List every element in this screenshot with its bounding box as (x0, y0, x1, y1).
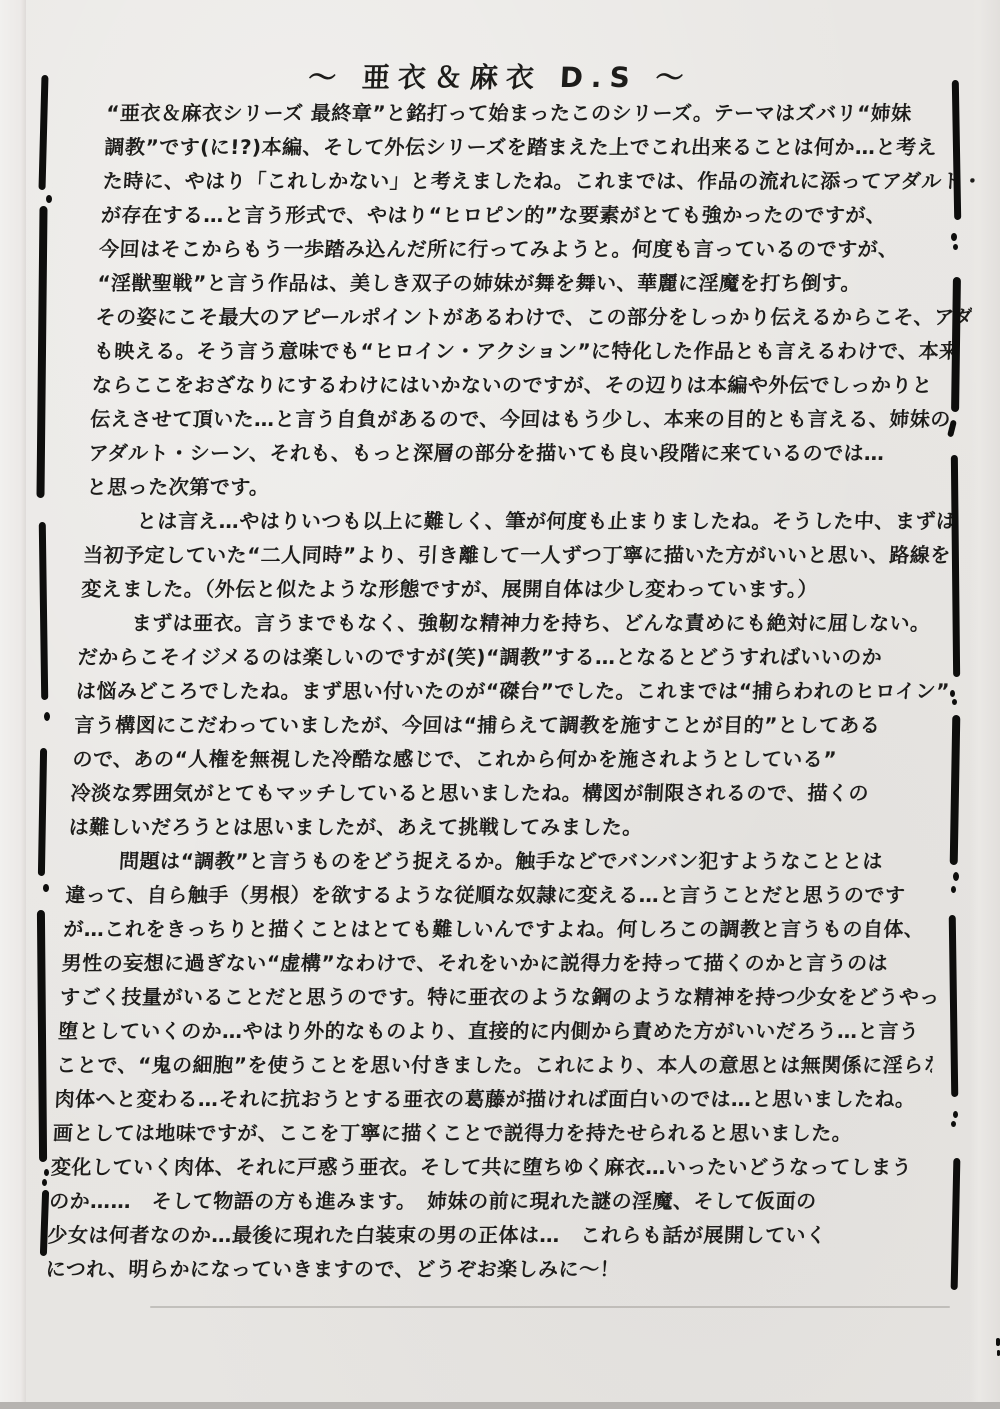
handwritten-line: と思った次第です。 (86, 470, 964, 504)
faint-horizontal-rule (150, 1306, 950, 1308)
binding-mark (46, 195, 52, 203)
handwritten-line: 違って、自ら触手（男根）を欲するような従順な奴隷に変える…と言うことだと思うので… (64, 878, 942, 912)
binding-mark (44, 1169, 49, 1176)
page-title: ～ 亜衣＆麻衣 D.S ～ (0, 56, 1000, 96)
handwritten-line: 肉体へと変わる…それに抗おうとする亜衣の葛藤が描ければ面白いのでは…と思いました… (54, 1082, 932, 1116)
handwritten-line: まずは亜衣。言うまでもなく、強靭な精神力を持ち、どんな責めにも絶対に屈しない。 (79, 606, 957, 640)
handwritten-line: その姿にこそ最大のアピールポイントがあるわけで、この部分をしっかり伝えるからこそ… (95, 300, 973, 334)
paragraph: “亜衣＆麻衣シリーズ 最終章”と銘打って始まったこのシリーズ。テーマはズバリ“姉… (86, 96, 983, 504)
binding-mark (953, 244, 958, 250)
handwritten-line: だからこそイジメるのは楽しいのですが(笑)“調教”する…となるとどうすればいいの… (77, 640, 955, 674)
binding-mark (952, 699, 957, 705)
handwritten-line: 少女は何者なのか…最後に現れた白装束の男の正体は… これらも話が展開していく (47, 1218, 925, 1252)
paragraph: 問題は“調教”と言うものをどう捉えるか。触手などでバンバン犯すようなこととは 違… (45, 844, 944, 1286)
binding-mark (953, 1111, 958, 1118)
handwritten-line: ことで、“鬼の細胞”を使うことを思い付きました。これにより、本人の意思とは無関係… (56, 1048, 934, 1082)
binding-mark (951, 1121, 956, 1127)
binding-mark (953, 872, 959, 881)
binding-mark (44, 712, 50, 721)
scan-speck (996, 1338, 1000, 1346)
handwritten-line: 男性の妄想に過ぎない“虚構”なわけで、それをいかに説得力を持って描くのかと言うの… (61, 946, 939, 980)
handwritten-line: 変えました。（外伝と似たような形態ですが、展開自体は少し変わっています。） (80, 572, 958, 606)
body-text: “亜衣＆麻衣シリーズ 最終章”と銘打って始まったこのシリーズ。テーマはズバリ“姉… (45, 96, 983, 1286)
binding-mark (42, 1179, 47, 1186)
handwritten-sheet: ～ 亜衣＆麻衣 D.S ～ “亜衣＆麻衣シリーズ 最終章”と銘打って始まったこの… (0, 0, 1000, 1409)
paragraph: まずは亜衣。言うまでもなく、強靭な精神力を持ち、どんな責めにも絶対に屈しない。 … (68, 606, 956, 844)
handwritten-line: 問題は“調教”と言うものをどう捉えるか。触手などでバンバン犯すようなこととは (66, 844, 944, 878)
handwritten-line: 変化していく肉体、それに戸惑う亜衣。そして共に堕ちゆく麻衣…いったいどうなってし… (50, 1150, 928, 1184)
binding-mark (951, 233, 957, 241)
handwritten-line: 画としては地味ですが、ここを丁寧に描くことで説得力を持たせられると思いました。 (52, 1116, 930, 1150)
handwritten-line: も映える。そう言う意味でも“ヒロイン・アクション”に特化した作品とも言えるわけで… (93, 334, 971, 368)
handwritten-line: が…これをきっちりと描くことはとても難しいんですよね。何しろこの調教と言うもの自… (63, 912, 941, 946)
handwritten-line: 伝えさせて頂いた…と言う自負があるので、今回はもう少し、本来の目的とも言える、姉… (89, 402, 967, 436)
handwritten-line: につれ、明らかになっていきますので、どうぞお楽しみに～！ (45, 1252, 923, 1286)
handwritten-line: 冷淡な雰囲気がとてもマッチしていると思いましたね。構図が制限されるので、描くの (70, 776, 948, 810)
scanned-afterword-page: ～ 亜衣＆麻衣 D.S ～ “亜衣＆麻衣シリーズ 最終章”と銘打って始まったこの… (0, 0, 1000, 1409)
page-bottom-edge (0, 1402, 1000, 1409)
handwritten-line: ならここをおざなりにするわけにはいかないのですが、その辺りは本編や外伝でしっかり… (91, 368, 969, 402)
handwritten-line: は難しいだろうとは思いましたが、あえて挑戦してみました。 (68, 810, 946, 844)
handwritten-line: 当初予定していた“二人同時”より、引き離して一人ずつ丁寧に描いた方がいいと思い、… (82, 538, 960, 572)
binding-mark (951, 886, 956, 893)
handwritten-line: ので、あの“人権を無視した冷酷な感じで、これから何かを施されようとしている” (72, 742, 950, 776)
handwritten-line: た時に、やはり「これしかない」と考えましたね。これまでは、作品の流れに添ってアダ… (102, 164, 980, 198)
handwritten-line: は悩みどころでしたね。まず思い付いたのが“磔台”でした。これまでは“捕らわれのヒ… (75, 674, 953, 708)
paragraph: とは言え…やはりいつも以上に難しく、筆が何度も止まりましたね。そうした中、まずは… (80, 504, 961, 606)
handwritten-line: が存在する…と言う形式で、やはり“ヒロピン的”な要素がとても強かったのですが、 (100, 198, 978, 232)
handwritten-line: 堕としていくのか…やはり外的なものより、直接的に内側から責めた方がいいだろう…と… (57, 1014, 935, 1048)
handwritten-line: アダルト・シーン、それも、もっと深層の部分を描いても良い段階に来ているのでは… (88, 436, 966, 470)
handwritten-line: “淫獣聖戦”と言う作品は、美しき双子の姉妹が舞を舞い、華麗に淫魔を打ち倒す。 (96, 266, 974, 300)
handwritten-line: 今回はそこからもう一歩踏み込んだ所に行ってみようと。何度も言っているのですが、 (98, 232, 976, 266)
binding-mark (950, 690, 955, 697)
handwritten-line: のか…… そして物語の方も進みます。 姉妹の前に現れた謎の淫魔、そして仮面の (48, 1184, 926, 1218)
handwritten-line: 調教”です(に!?)本編、そして外伝シリーズを踏まえた上でこれ出来ることは何か…… (104, 130, 982, 164)
handwritten-line: とは言え…やはりいつも以上に難しく、筆が何度も止まりましたね。そうした中、まずは (84, 504, 962, 538)
handwritten-line: すごく技量がいることだと思うのです。特に亜衣のような鋼のような精神を持つ少女をど… (59, 980, 937, 1014)
handwritten-line: “亜衣＆麻衣シリーズ 最終章”と銘打って始まったこのシリーズ。テーマはズバリ“姉… (105, 96, 983, 130)
binding-mark (43, 884, 49, 892)
handwritten-line: 言う構図にこだわっていましたが、今回は“捕らえて調教を施すことが目的”としてある (73, 708, 951, 742)
